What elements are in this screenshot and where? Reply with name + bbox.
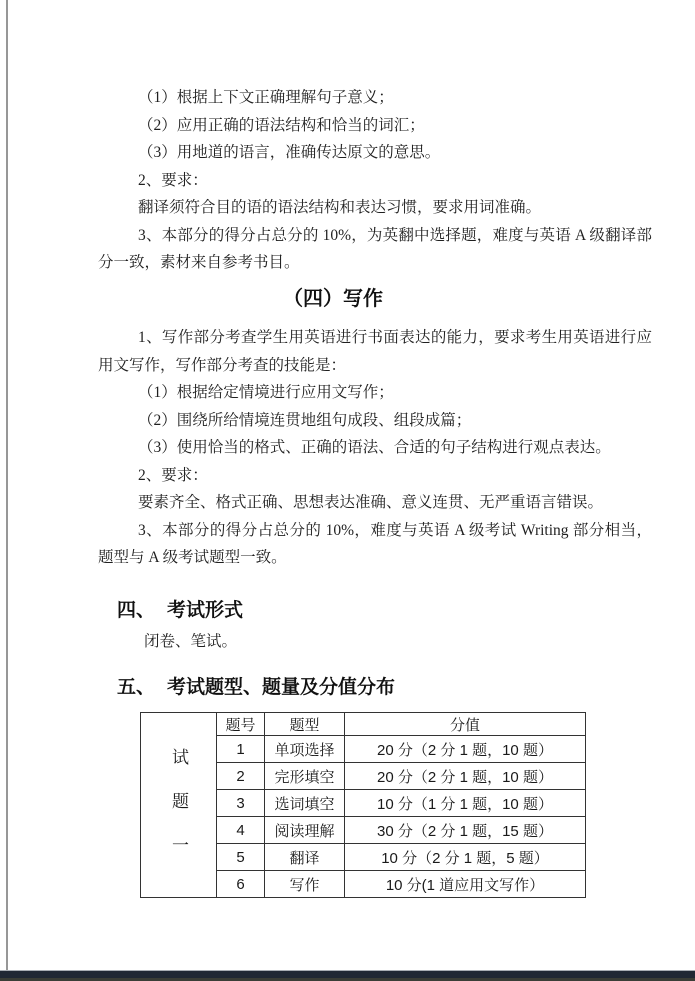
- table-header-row: 试题一 题号 题型 分值: [141, 713, 586, 736]
- requirement-label: 2、要求：: [98, 167, 652, 195]
- cell-no: 6: [217, 871, 265, 898]
- cell-type: 翻译: [265, 844, 345, 871]
- window-bottom-edge: [0, 970, 695, 981]
- skill-item: （2）应用正确的语法结构和恰当的词汇；: [98, 112, 652, 140]
- document-page: （1）根据上下文正确理解句子意义； （2）应用正确的语法结构和恰当的词汇； （3…: [0, 0, 695, 981]
- cell-points: 30 分（2 分 1 题，15 题）: [345, 817, 586, 844]
- skill-item: （1）根据上下文正确理解句子意义；: [98, 84, 652, 112]
- cell-points: 10 分（2 分 1 题，5 题）: [345, 844, 586, 871]
- skill-item: （1）根据给定情境进行应用文写作；: [98, 379, 652, 407]
- requirement-text: 要素齐全、格式正确、思想表达准确、意义连贯、无严重语言错误。: [98, 489, 652, 517]
- cell-type: 写作: [265, 871, 345, 898]
- heading-marker: 五、: [117, 676, 155, 700]
- heading-title: 考试题型、题量及分值分布: [167, 676, 395, 700]
- cell-type: 单项选择: [265, 736, 345, 763]
- writing-section: 1、写作部分考查学生用英语进行书面表达的能力，要求考生用英语进行应用文写作，写作…: [98, 324, 652, 572]
- requirement-label: 2、要求：: [98, 462, 652, 490]
- side-label-vertical: 试题一: [166, 726, 191, 880]
- column-header: 题型: [265, 713, 345, 736]
- requirement-text: 翻译须符合目的语的语法结构和表达习惯，要求用词准确。: [98, 194, 652, 222]
- cell-type: 完形填空: [265, 763, 345, 790]
- cell-type: 选词填空: [265, 790, 345, 817]
- cell-no: 2: [217, 763, 265, 790]
- cell-points: 10 分(1 道应用文写作）: [345, 871, 586, 898]
- skill-item: （3）用地道的语言，准确传达原文的意思。: [98, 139, 652, 167]
- heading-marker: 四、: [117, 599, 155, 623]
- translation-section: （1）根据上下文正确理解句子意义； （2）应用正确的语法结构和恰当的词汇； （3…: [98, 84, 652, 277]
- skill-item: （2）围绕所给情境连贯地组句成段、组段成篇；: [98, 407, 652, 435]
- cell-points: 10 分（1 分 1 题，10 题）: [345, 790, 586, 817]
- cell-no: 1: [217, 736, 265, 763]
- writing-intro: 1、写作部分考查学生用英语进行书面表达的能力，要求考生用英语进行应用文写作，写作…: [98, 324, 652, 379]
- cell-type: 阅读理解: [265, 817, 345, 844]
- exam-form-body: 闭卷、笔试。: [144, 628, 237, 656]
- page-edge-line: [6, 0, 8, 970]
- heading-title: 考试形式: [167, 599, 243, 623]
- score-note: 3、本部分的得分占总分的 10%，难度与英语 A 级考试 Writing 部分相…: [98, 517, 652, 572]
- cell-points: 20 分（2 分 1 题，10 题）: [345, 763, 586, 790]
- column-header: 分值: [345, 713, 586, 736]
- table-side-cell: 试题一: [141, 713, 217, 898]
- skill-item: （3）使用恰当的格式、正确的语法、合适的句子结构进行观点表达。: [98, 434, 652, 462]
- score-note: 3、本部分的得分占总分的 10%，为英翻中选择题，难度与英语 A 级翻译部分一致…: [98, 222, 652, 277]
- exam-items-heading: 五、 考试题型、题量及分值分布: [117, 676, 395, 700]
- cell-points: 20 分（2 分 1 题，10 题）: [345, 736, 586, 763]
- writing-section-heading: （四）写作: [98, 286, 568, 312]
- column-header: 题号: [217, 713, 265, 736]
- cell-no: 3: [217, 790, 265, 817]
- exam-form-heading: 四、 考试形式: [117, 599, 243, 623]
- score-distribution-table: 试题一 题号 题型 分值 1 单项选择 20 分（2 分 1 题，10 题） 2…: [140, 712, 586, 898]
- cell-no: 4: [217, 817, 265, 844]
- cell-no: 5: [217, 844, 265, 871]
